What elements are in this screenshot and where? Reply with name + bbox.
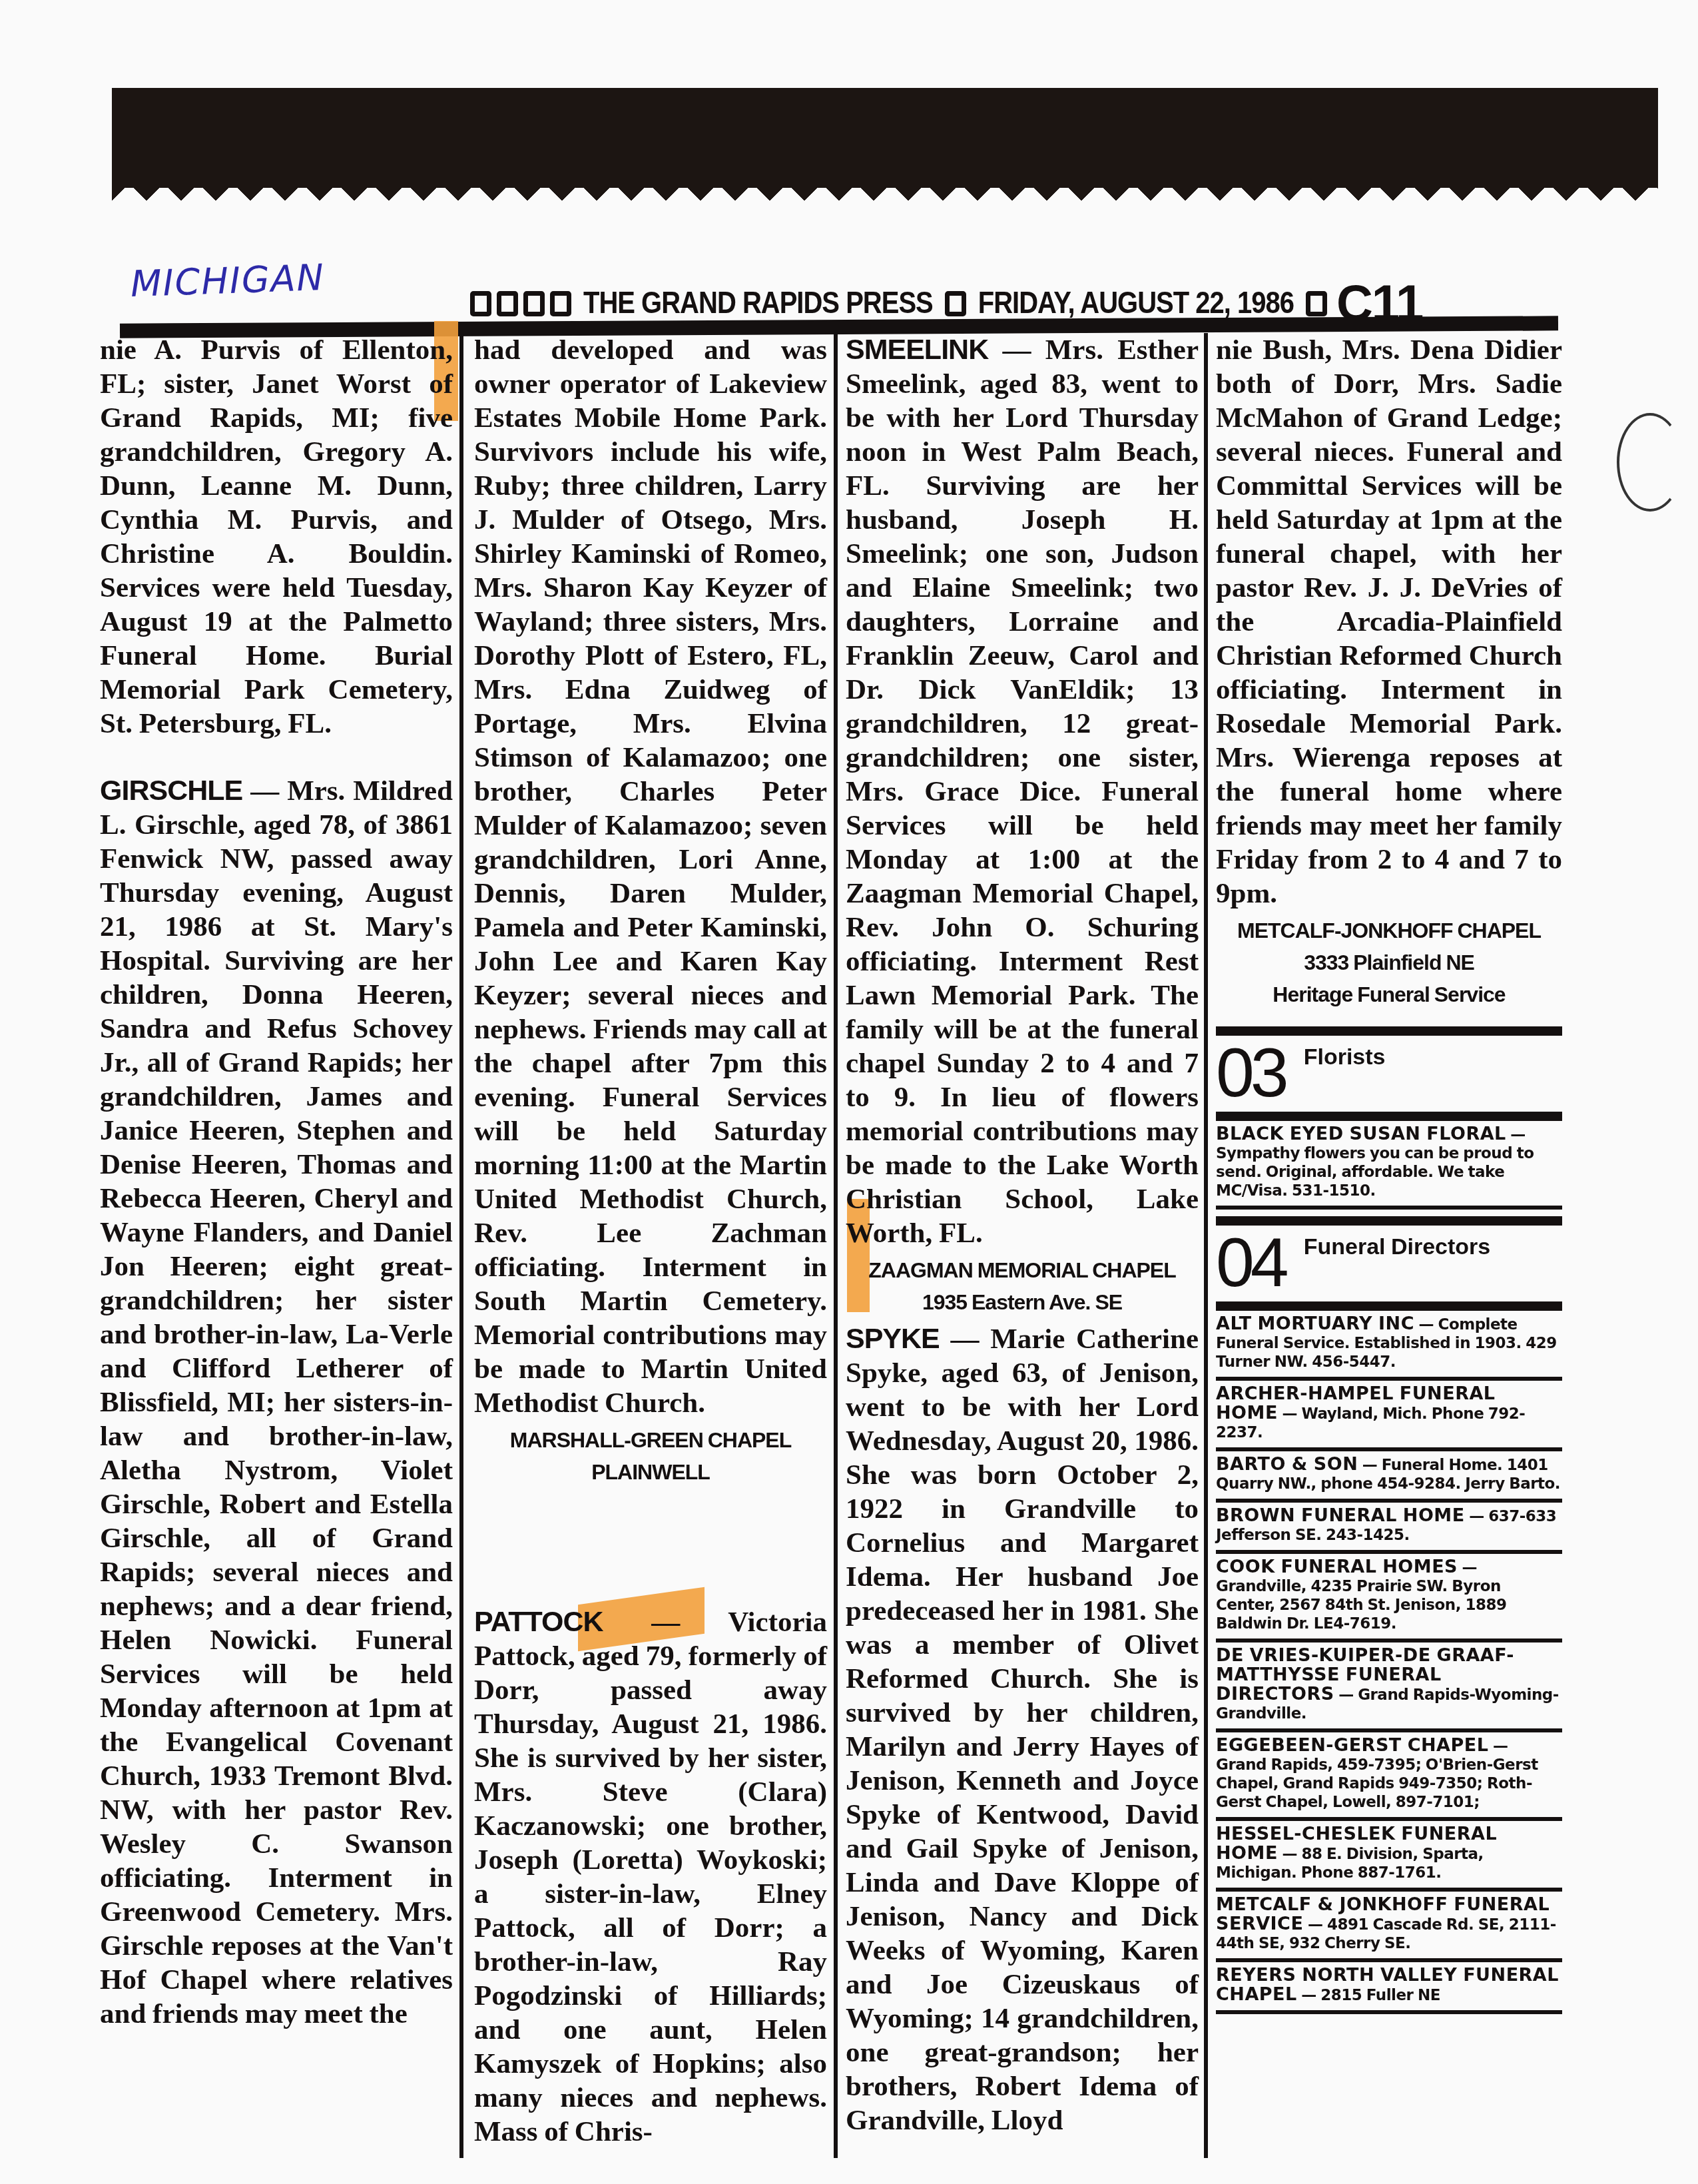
- obituary-name: PATTOCK: [474, 1606, 603, 1638]
- obituary-continuation: nie Bush, Mrs. Dena Didier both of Dorr,…: [1216, 333, 1562, 910]
- classified-listing: METCALF & JONKHOFF FUNERAL SERVICE — 489…: [1216, 1892, 1562, 1962]
- funeral-home-signature: ZAAGMAN MEMORIAL CHAPEL 1935 Eastern Ave…: [846, 1254, 1199, 1318]
- classified-listing: DE VRIES-KUIPER-DE GRAAF-MATTHYSSE FUNER…: [1216, 1642, 1562, 1732]
- section-number: 04: [1216, 1228, 1285, 1297]
- obituary-name: SMEELINK: [846, 334, 988, 366]
- header-box-icon: [497, 291, 518, 316]
- torn-edge: [112, 186, 1658, 209]
- classified-listing: EGGEBEEN-GERST CHAPEL — Grand Rapids, 45…: [1216, 1732, 1562, 1821]
- column-divider: [459, 333, 463, 2158]
- column-divider: [1204, 333, 1208, 2158]
- funeral-home-signature: MARSHALL-GREEN CHAPEL PLAINWELL: [474, 1424, 827, 1488]
- classified-listing: BROWN FUNERAL HOME — 637-633 Jefferson S…: [1216, 1503, 1562, 1554]
- obituary-smeelink: SMEELINK — Mrs. Esther Smeelink, aged 83…: [846, 333, 1199, 1250]
- classified-section-funeral-directors: 04 Funeral Directors: [1216, 1216, 1562, 1311]
- classified-section-florists: 03 Florists: [1216, 1026, 1562, 1121]
- obituary-column-3: SMEELINK — Mrs. Esther Smeelink, aged 83…: [846, 333, 1199, 2137]
- header-box-icon: [523, 291, 545, 316]
- classified-listing: REYERS NORTH VALLEY FUNERAL CHAPEL — 281…: [1216, 1962, 1562, 2014]
- handwritten-annotation: MICHIGAN: [130, 256, 326, 305]
- obituary-name: GIRSCHLE: [100, 775, 242, 807]
- obituary-body: — Marie Catherine Spyke, aged 63, of Jen…: [846, 1323, 1199, 2136]
- obituary-girschle: GIRSCHLE — Mrs. Mildred L. Girschle, age…: [100, 774, 453, 2031]
- classified-listing: COOK FUNERAL HOMES — Grandville, 4235 Pr…: [1216, 1554, 1562, 1642]
- obituary-column-2: had developed and was owner operator of …: [474, 333, 827, 2149]
- obituary-body: — Mrs. Mildred L. Girschle, aged 78, of …: [100, 775, 453, 2029]
- publication-date: FRIDAY, AUGUST 22, 1986: [978, 286, 1294, 321]
- obituary-body: — Victoria Pattock, aged 79, formerly of…: [474, 1607, 827, 2147]
- obituary-column-4: nie Bush, Mrs. Dena Didier both of Dorr,…: [1216, 333, 1562, 2014]
- classified-listing: ALT MORTUARY INC — Complete Funeral Serv…: [1216, 1311, 1562, 1381]
- publication-name: THE GRAND RAPIDS PRESS: [583, 286, 933, 321]
- column-divider: [834, 333, 838, 2158]
- scan-dark-band: [112, 88, 1658, 188]
- section-label: Florists: [1304, 1044, 1386, 1070]
- classified-listing: BARTO & SON — Funeral Home. 1401 Quarry …: [1216, 1451, 1562, 1503]
- hand-drawn-circle-mark: [1617, 413, 1683, 512]
- header-box-icon: [550, 291, 571, 316]
- funeral-directors-list: ALT MORTUARY INC — Complete Funeral Serv…: [1216, 1311, 1562, 2014]
- obituary-spyke: SPYKE — Marie Catherine Spyke, aged 63, …: [846, 1322, 1199, 2137]
- classified-listing: ARCHER-HAMPEL FUNERAL HOME — Wayland, Mi…: [1216, 1381, 1562, 1451]
- section-number: 03: [1216, 1038, 1285, 1108]
- obituary-column-1: nie A. Purvis of Ellenton, FL; sister, J…: [100, 333, 453, 2031]
- obituary-continuation: nie A. Purvis of Ellenton, FL; sister, J…: [100, 333, 453, 741]
- header-box-icon: [945, 291, 966, 316]
- header-box-icon: [1306, 291, 1327, 316]
- obituary-continuation: had developed and was owner operator of …: [474, 333, 827, 1420]
- section-label: Funeral Directors: [1304, 1234, 1491, 1260]
- obituary-name: SPYKE: [846, 1323, 940, 1355]
- obituary-body: — Mrs. Esther Smeelink, aged 83, went to…: [846, 334, 1199, 1249]
- funeral-home-signature: METCALF-JONKHOFF CHAPEL 3333 Plainfield …: [1216, 914, 1562, 1010]
- obituary-pattock: PATTOCK — Victoria Pattock, aged 79, for…: [474, 1605, 827, 2149]
- classified-listing: HESSEL-CHESLEK FUNERAL HOME — 88 E. Divi…: [1216, 1821, 1562, 1892]
- header-box-icon: [470, 291, 491, 316]
- classified-listing: BLACK EYED SUSAN FLORAL — Sympathy flowe…: [1216, 1121, 1562, 1210]
